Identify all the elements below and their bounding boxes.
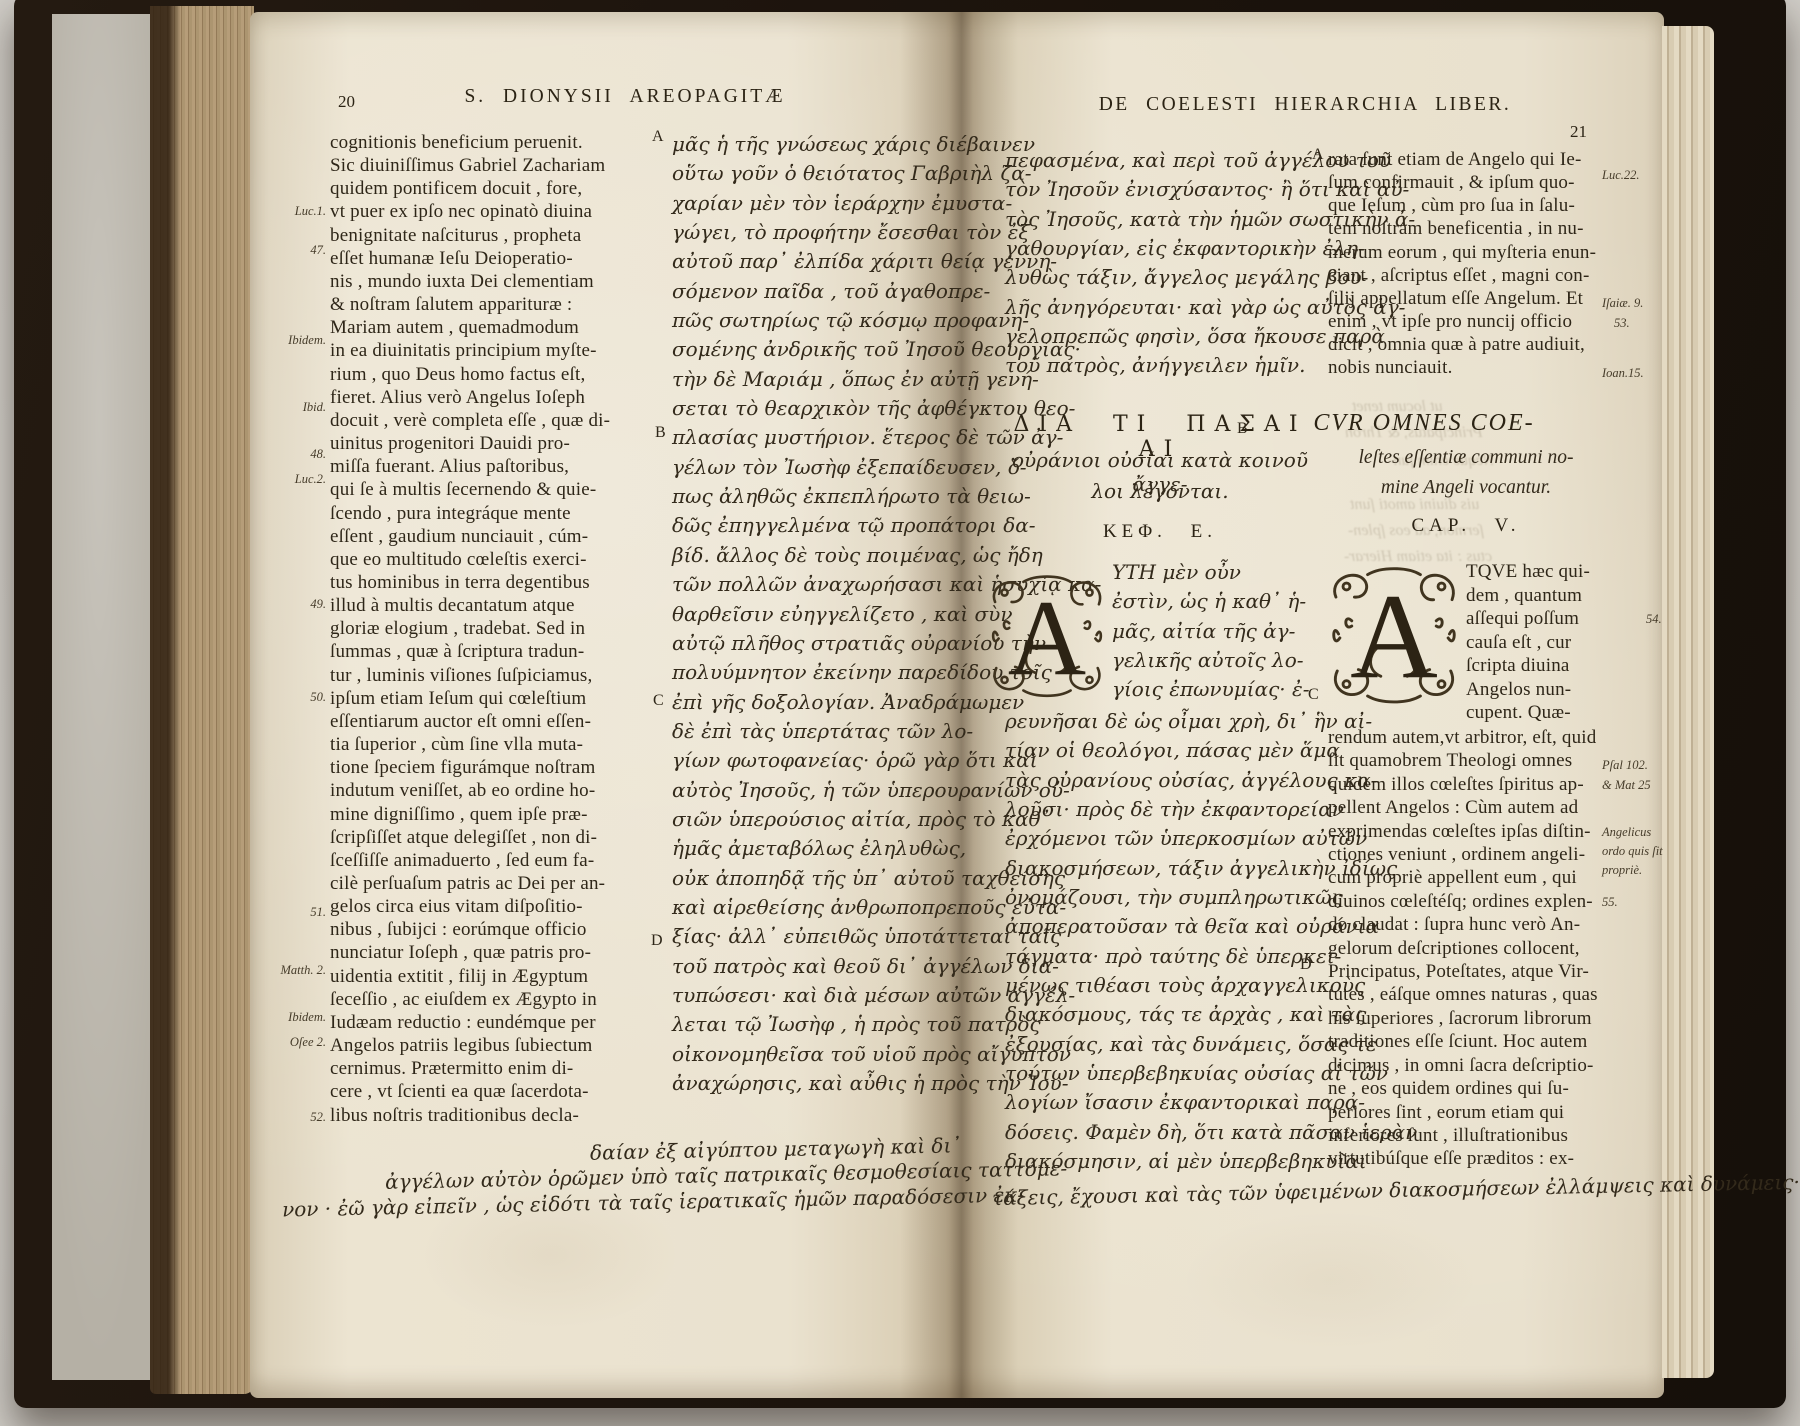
text-line: τάξεις, ἔχουσι καὶ τὰς τῶν ὑφειμένων δια… bbox=[992, 1170, 1800, 1210]
book-photo: ut locum tenetPrincipatus, & ThronNeque … bbox=[0, 0, 1800, 1426]
right-greek-overflow-line: τάξεις, ἔχουσι καὶ τὰς τῶν ὑφειμένων δια… bbox=[0, 0, 1800, 1426]
